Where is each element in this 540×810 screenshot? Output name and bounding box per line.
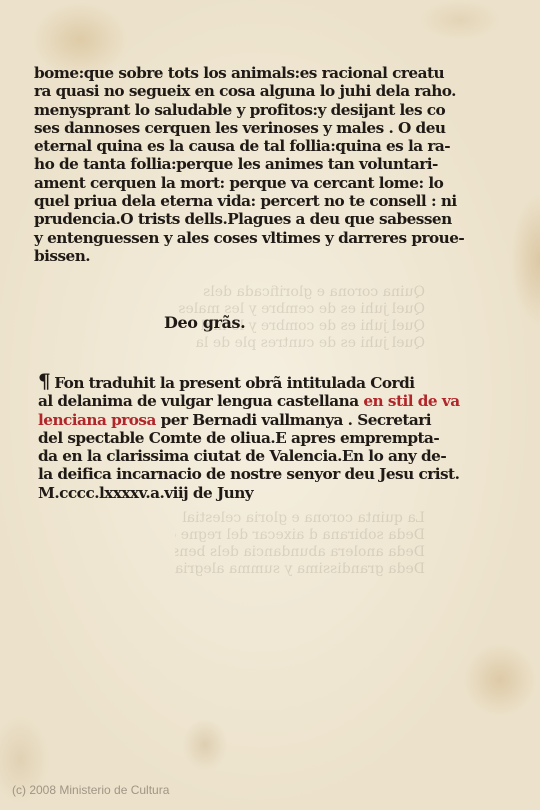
- colophon-text: Fon traduhit la present obrã intitulada …: [54, 374, 414, 392]
- deo-gratias-heading: Deo grãs.: [164, 313, 245, 332]
- rubricated-text: lenciana prosa: [38, 411, 156, 429]
- main-text-block: bome:que sobre tots los animals:es racio…: [34, 64, 459, 265]
- colophon-text: al delanima de vulgar lengua castellana: [38, 392, 363, 410]
- bleed-line: La quinta corona e gloria celestial: [175, 510, 425, 527]
- colophon-block: ¶Fon traduhit la present obrã intitulada…: [38, 372, 463, 502]
- text-line: bome:que sobre tots los animals:es racio…: [34, 64, 459, 82]
- text-line: bissen.: [34, 247, 459, 265]
- colophon-line: del spectable Comte de oliua.E apres emp…: [38, 429, 463, 447]
- parchment-page: Quina corona e glorificada dels Quel juh…: [0, 0, 540, 810]
- pilcrow-icon: ¶: [38, 369, 50, 393]
- bleed-line: Quel juhi es de cuntres ple de la: [175, 335, 425, 352]
- text-line: quel priua dela eterna vida: percert no …: [34, 192, 459, 210]
- colophon-text: per Bernadi vallmanya . Secretari: [156, 411, 431, 429]
- bleed-line: Deda grandissima y summa alegria de para…: [175, 561, 425, 578]
- colophon-line: lenciana prosa per Bernadi vallmanya . S…: [38, 411, 463, 429]
- bleed-line: Deda sobirana d aixecar del regne celest…: [175, 527, 425, 544]
- colophon-line: al delanima de vulgar lengua castellana …: [38, 392, 463, 410]
- text-line: y entenguessen y ales coses vltimes y da…: [34, 229, 459, 247]
- text-line: ament cerquen la mort: perque va cercant…: [34, 174, 459, 192]
- colophon-date-line: M.cccc.lxxxxv.a.viij de Juny: [38, 484, 463, 502]
- text-line: prudencia.O trists dells.Plagues a deu q…: [34, 210, 459, 228]
- text-line: ho de tanta follia:perque les animes tan…: [34, 155, 459, 173]
- colophon-line: da en la clarissima ciutat de Valencia.E…: [38, 447, 463, 465]
- colophon-line: ¶Fon traduhit la present obrã intitulada…: [38, 372, 463, 392]
- bleed-through-text-bottom: La quinta corona e gloria celestial Deda…: [175, 510, 425, 578]
- bleed-line: Deda anolera abundancia dels bens celest…: [175, 544, 425, 561]
- text-line: ses dannoses cerquen les verinoses y mal…: [34, 119, 459, 137]
- text-line: menysprant lo saludable y profitos:y des…: [34, 101, 459, 119]
- copyright-watermark: (c) 2008 Ministerio de Cultura: [12, 783, 169, 797]
- text-line: eternal quina es la causa de tal follia:…: [34, 137, 459, 155]
- rubricated-text: en stil de va: [363, 392, 459, 410]
- text-line: ra quasi no segueix en cosa alguna lo ju…: [34, 82, 459, 100]
- colophon-line: la deifica incarnacio de nostre senyor d…: [38, 465, 463, 483]
- bleed-line: Quina corona e glorificada dels: [175, 284, 425, 301]
